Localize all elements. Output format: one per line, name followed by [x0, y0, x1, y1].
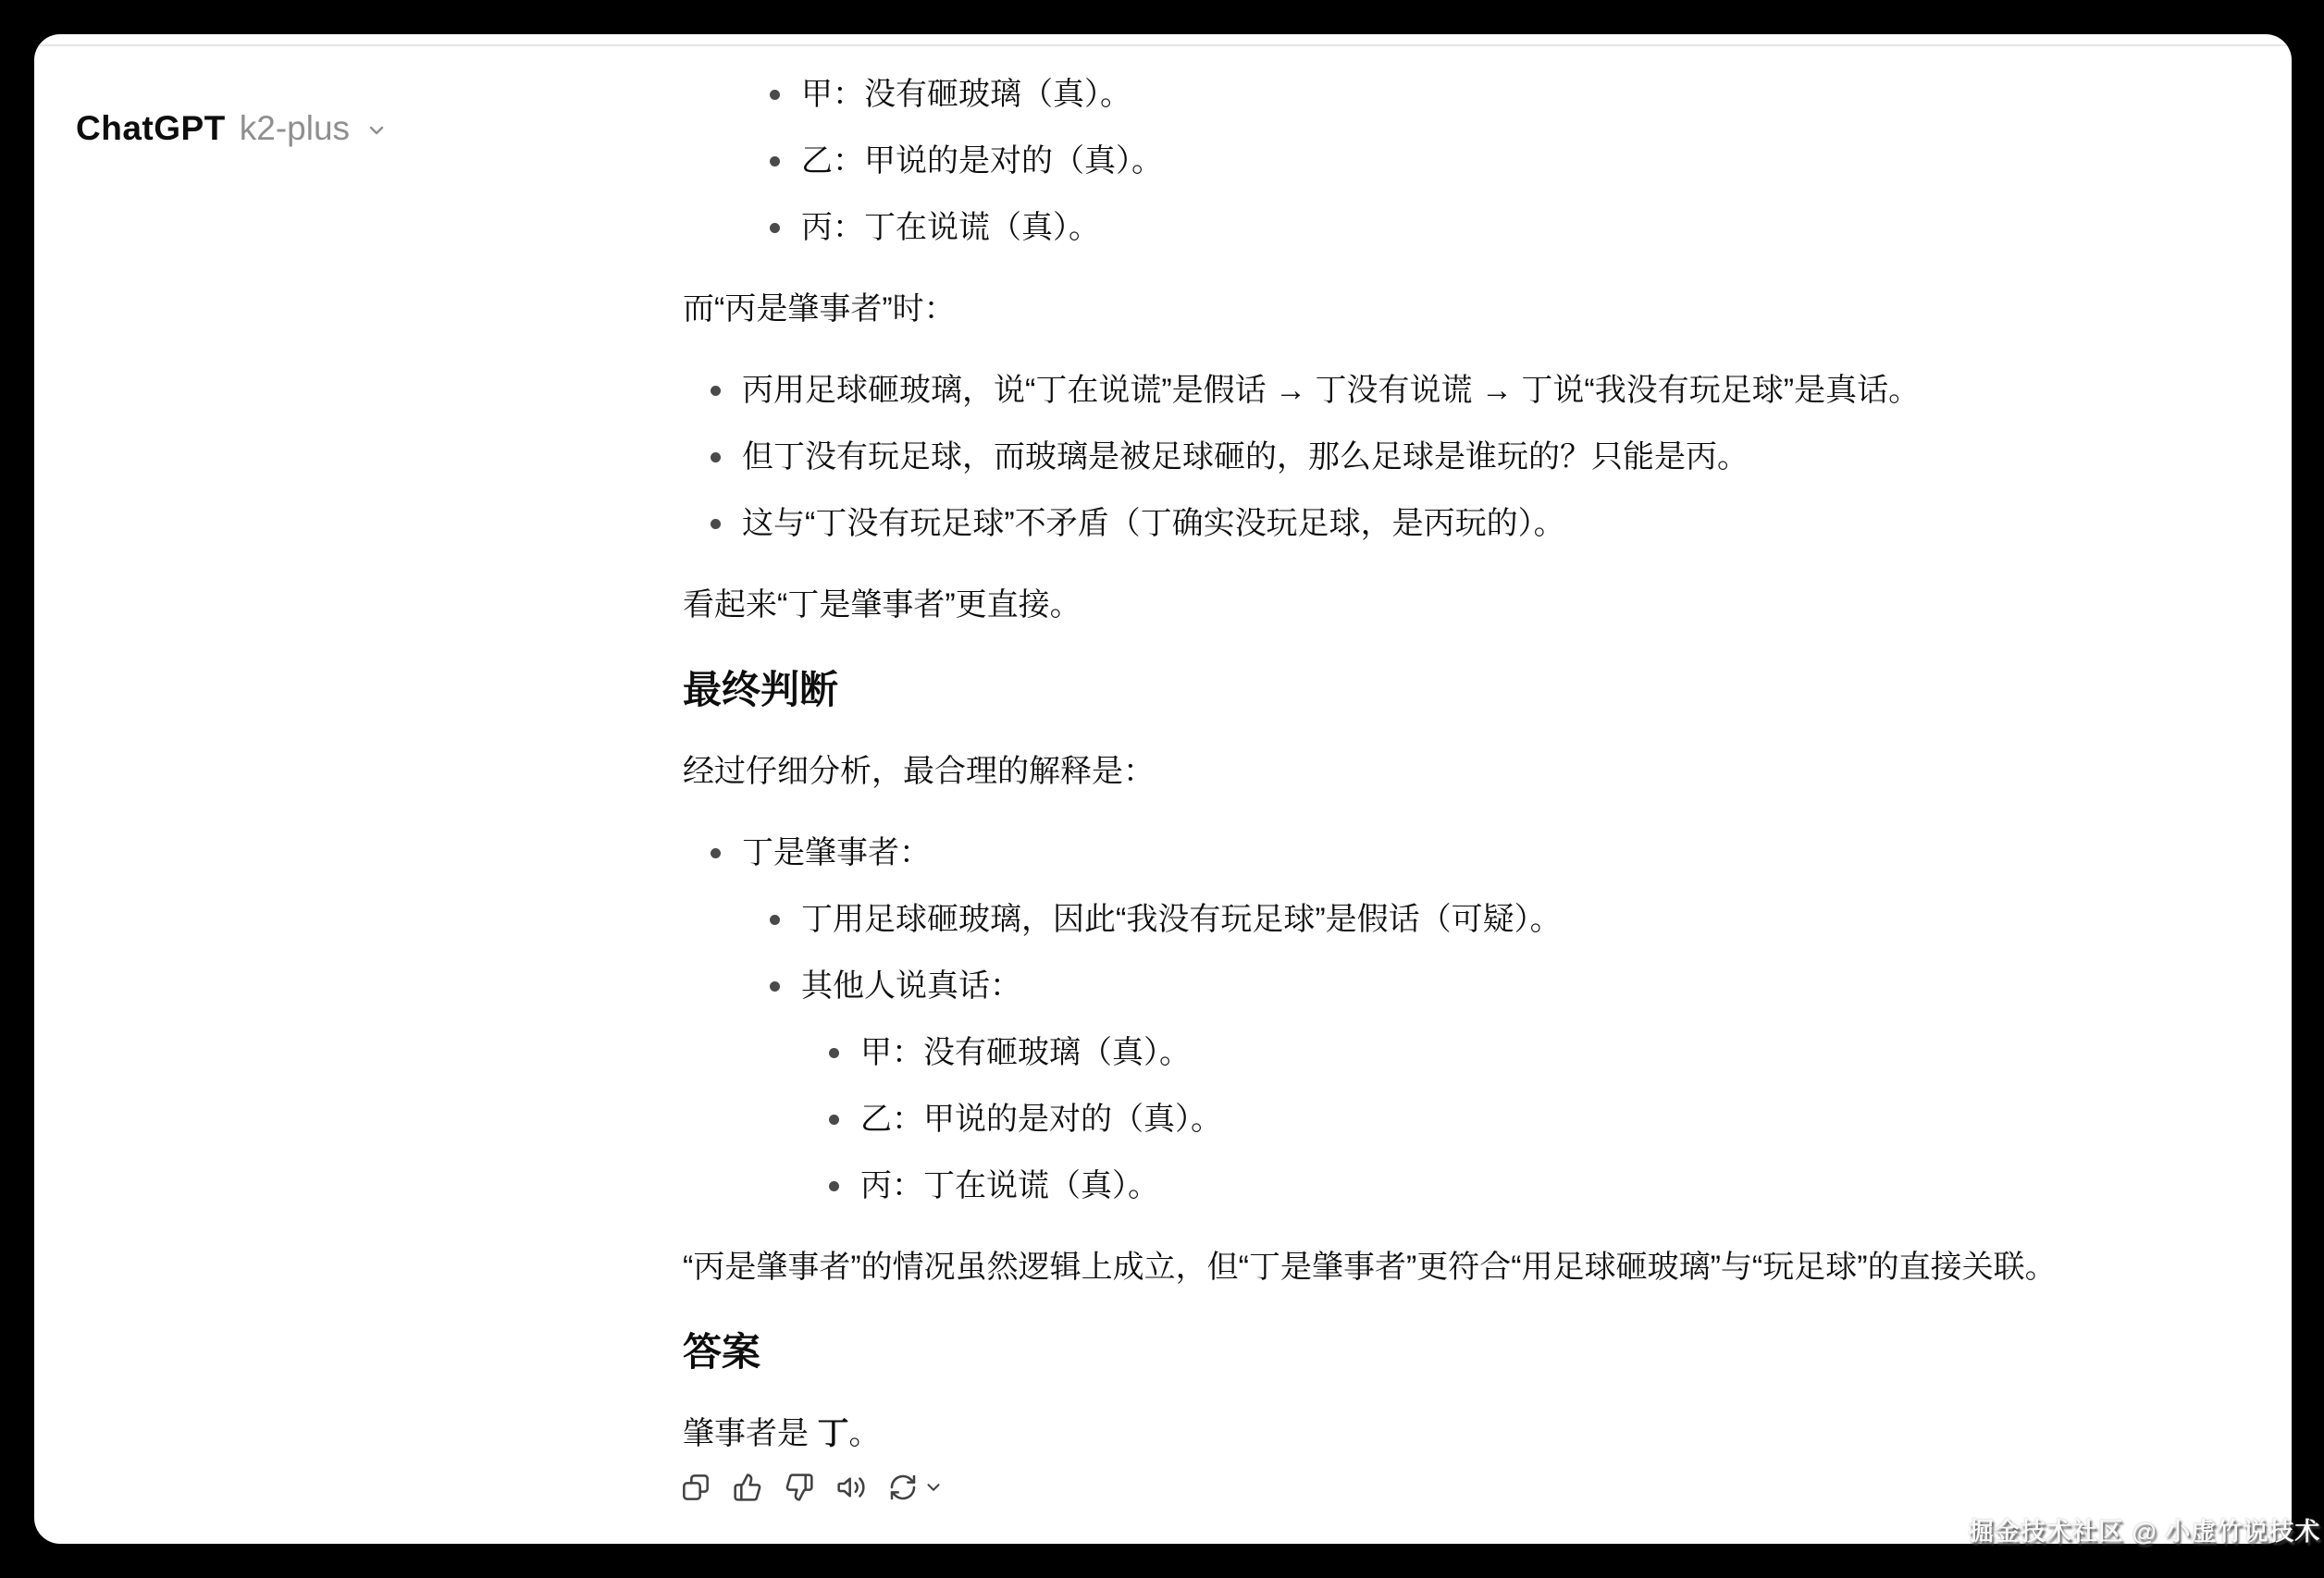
list-item-text: 但丁没有玩足球，而玻璃是被足球砸的，那么足球是谁玩的？只能是丙。 [742, 439, 1749, 475]
ding-scenario-sublist: 丁用足球砸玻璃，因此“我没有玩足球”是假话（可疑）。 其他人说真话： 甲：没有砸… [742, 894, 2200, 1212]
list-item-text: 乙：甲说的是对的（真）。 [801, 143, 1163, 179]
list-item: 这与“丁没有玩足球”不矛盾（丁确实没玩足球，是丙玩的）。 [742, 498, 2200, 549]
list-item-text: 甲：没有砸玻璃（真）。 [801, 77, 1131, 112]
list-item: 丁是肇事者： 丁用足球砸玻璃，因此“我没有玩足球”是假话（可疑）。 其他人说真话… [742, 827, 2200, 1212]
list-item-text: 其他人说真话： [801, 968, 1021, 1004]
header-divider [34, 44, 2292, 46]
assistant-message: 甲：没有砸玻璃（真）。 乙：甲说的是对的（真）。 丙：丁在说谎（真）。 而“丙是… [683, 68, 2200, 1504]
list-item-text: 丙：丁在说谎（真）。 [860, 1168, 1159, 1203]
final-intro: 经过仔细分析，最合理的解释是： [683, 746, 2200, 797]
answer-line: 肇事者是 丁。 [683, 1408, 2200, 1460]
watermark: 掘金技术社区 @ 小虚竹说技术 [1969, 1511, 2320, 1547]
bing-case-intro: 而“丙是肇事者”时： [683, 283, 2200, 335]
list-item: 其他人说真话： 甲：没有砸玻璃（真）。 乙：甲说的是对的（真）。 丙：丁在说谎（… [801, 960, 2200, 1212]
answer-prefix: 肇事者是 [683, 1416, 817, 1451]
comparison-note: “丙是肇事者”的情况虽然逻辑上成立，但“丁是肇事者”更符合“用足球砸玻璃”与“玩… [683, 1241, 2200, 1293]
list-item: 甲：没有砸玻璃（真）。 [860, 1027, 2200, 1079]
chevron-down-icon [365, 119, 388, 142]
answer-heading: 答案 [683, 1326, 2200, 1378]
final-judgement-list: 丁是肇事者： 丁用足球砸玻璃，因此“我没有玩足球”是假话（可疑）。 其他人说真话… [683, 827, 2200, 1212]
list-item: 甲：没有砸玻璃（真）。 [801, 68, 2200, 120]
answer-suffix: 。 [848, 1416, 880, 1451]
thumbs-down-icon [785, 1473, 814, 1502]
list-item-text: 这与“丁没有玩足球”不矛盾（丁确实没玩足球，是丙玩的）。 [742, 506, 1565, 541]
regenerate-button[interactable] [886, 1471, 946, 1504]
thumbs-up-button[interactable] [731, 1471, 764, 1504]
copy-icon [681, 1473, 711, 1502]
copy-button[interactable] [679, 1471, 712, 1504]
list-item-text: 乙：甲说的是对的（真）。 [860, 1102, 1222, 1137]
list-item-text: 丙：丁在说谎（真）。 [801, 210, 1100, 245]
list-item: 乙：甲说的是对的（真）。 [860, 1093, 2200, 1145]
final-judgement-heading: 最终判断 [683, 664, 2200, 716]
list-item: 丙：丁在说谎（真）。 [860, 1160, 2200, 1212]
truth-check-list: 甲：没有砸玻璃（真）。 乙：甲说的是对的（真）。 丙：丁在说谎（真）。 [683, 68, 2200, 253]
model-name: k2-plus [240, 108, 350, 149]
list-item: 丙用足球砸玻璃，说“丁在说谎”是假话 → 丁没有说谎 → 丁说“我没有玩足球”是… [742, 364, 2200, 416]
refresh-icon [888, 1473, 918, 1502]
list-item-text: 丁用足球砸玻璃，因此“我没有玩足球”是假话（可疑）。 [801, 902, 1562, 937]
message-action-bar [679, 1471, 2200, 1504]
list-item-text: 丙用足球砸玻璃，说“丁在说谎”是假话 → 丁没有说谎 → 丁说“我没有玩足球”是… [742, 373, 1920, 408]
chevron-down-icon [923, 1477, 944, 1498]
thumbs-down-button[interactable] [783, 1471, 816, 1504]
list-item-text: 丁是肇事者： [742, 835, 931, 870]
read-aloud-button[interactable] [834, 1471, 868, 1504]
list-item: 乙：甲说的是对的（真）。 [801, 135, 2200, 187]
answer-culprit: 丁 [817, 1416, 848, 1451]
model-switcher[interactable]: ChatGPT k2-plus [76, 108, 388, 149]
list-item: 但丁没有玩足球，而玻璃是被足球砸的，那么足球是谁玩的？只能是丙。 [742, 431, 2200, 483]
others-truth-list: 甲：没有砸玻璃（真）。 乙：甲说的是对的（真）。 丙：丁在说谎（真）。 [801, 1027, 2200, 1212]
interim-conclusion: 看起来“丁是肇事者”更直接。 [683, 579, 2200, 631]
screenshot-root: ChatGPT k2-plus 甲：没有砸玻璃（真）。 乙：甲说的是对的（真）。… [0, 0, 2324, 1578]
thumbs-up-icon [733, 1473, 762, 1502]
speaker-icon [836, 1473, 866, 1502]
list-item: 丁用足球砸玻璃，因此“我没有玩足球”是假话（可疑）。 [801, 894, 2200, 945]
chat-window: ChatGPT k2-plus 甲：没有砸玻璃（真）。 乙：甲说的是对的（真）。… [34, 34, 2292, 1544]
list-item-text: 甲：没有砸玻璃（真）。 [860, 1035, 1191, 1070]
bing-case-list: 丙用足球砸玻璃，说“丁在说谎”是假话 → 丁没有说谎 → 丁说“我没有玩足球”是… [683, 364, 2200, 549]
app-title: ChatGPT [76, 108, 226, 149]
list-item: 丙：丁在说谎（真）。 [801, 202, 2200, 253]
